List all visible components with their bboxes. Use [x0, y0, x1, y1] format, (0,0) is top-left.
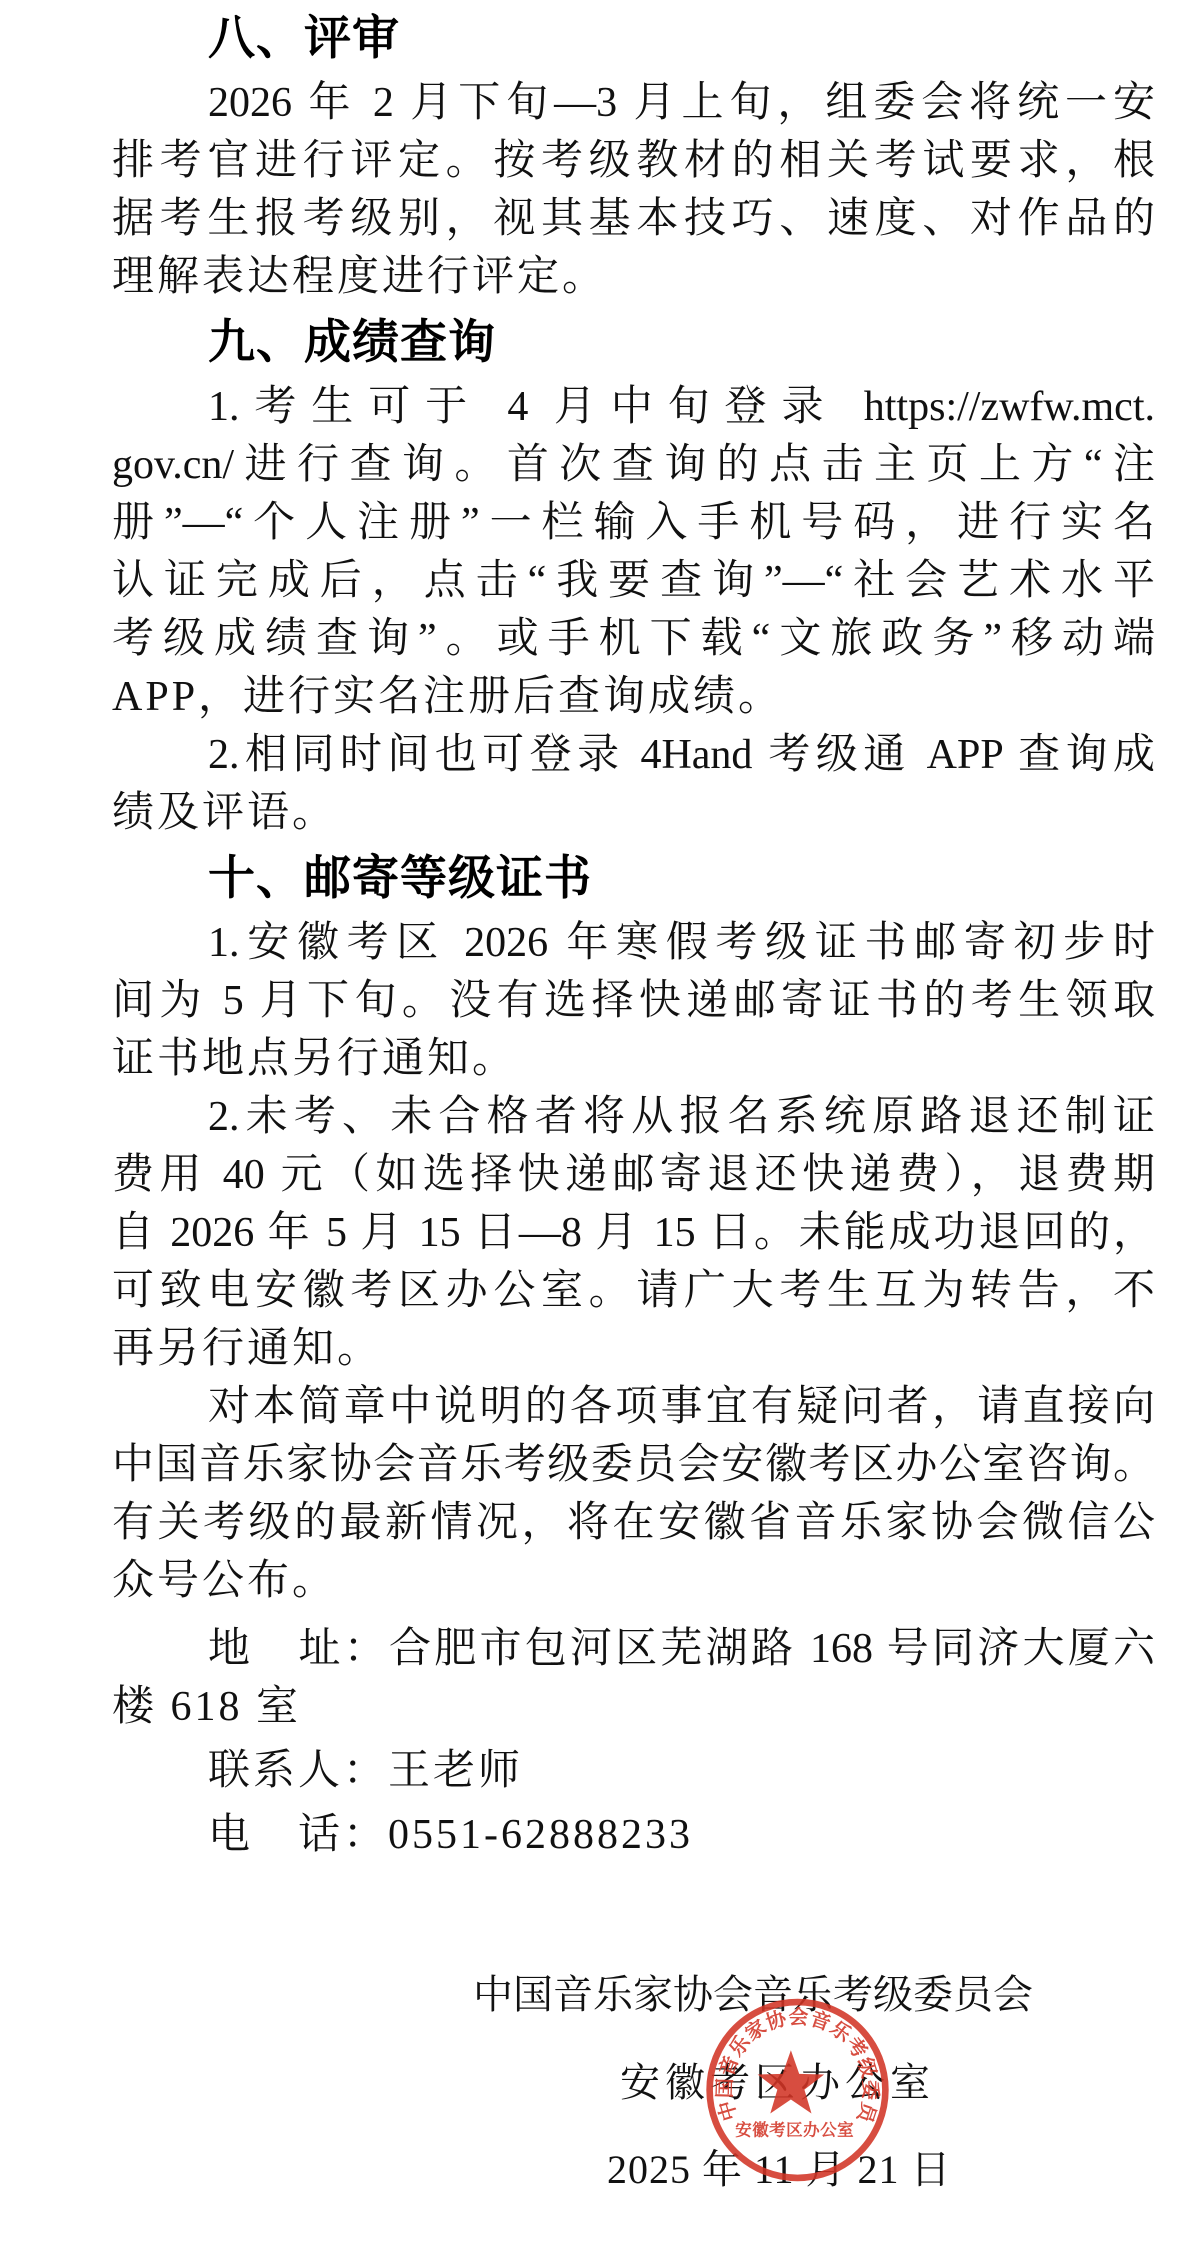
address-line: 地 址：合肥市包河区芜湖路 168 号同济大厦六 [112, 1620, 1155, 1678]
contact-line: 联系人：王老师 [112, 1742, 1155, 1800]
body-line: 众号公布。 [112, 1552, 1155, 1610]
star-icon [758, 2050, 825, 2113]
body-line: 排考官进行评定。按考级教材的相关考试要求，根 [112, 132, 1155, 190]
body-line: 中国音乐家协会音乐考级委员会安徽考区办公室咨询。 [112, 1436, 1155, 1494]
body-line: 证书地点另行通知。 [112, 1030, 1155, 1088]
body-line: 可致电安徽考区办公室。请广大考生互为转告，不 [112, 1262, 1155, 1320]
document-page: 八、评审 2026 年 2 月下旬—3 月上旬，组委会将统一安 排考官进行评定。… [0, 0, 1200, 1864]
section-heading: 九、成绩查询 [208, 312, 1155, 374]
body-line: gov.cn/进行查询。首次查询的点击主页上方“注 [112, 436, 1155, 494]
body-line: 有关考级的最新情况，将在安徽省音乐家协会微信公 [112, 1494, 1155, 1552]
signature-block: 中国音乐家协会音乐考级委员会 安徽考区办公室 2025 年 11 月 21 日 … [0, 1975, 1200, 2262]
section-heading: 八、评审 [208, 8, 1155, 70]
body-line: 2026 年 2 月下旬—3 月上旬，组委会将统一安 [112, 74, 1155, 132]
body-line: 绩及评语。 [112, 784, 1155, 842]
body-line: 1.考生可于 4 月中旬登录 https://zwfw.mct. [112, 378, 1155, 436]
address-line: 楼 618 室 [112, 1678, 1155, 1736]
body-line: 再另行通知。 [112, 1320, 1155, 1378]
body-line: 间为 5 月下旬。没有选择快递邮寄证书的考生领取 [112, 972, 1155, 1030]
body-line: 理解表达程度进行评定。 [112, 248, 1155, 306]
body-line: 据考生报考级别，视其基本技巧、速度、对作品的 [112, 190, 1155, 248]
body-line: 1.安徽考区 2026 年寒假考级证书邮寄初步时 [112, 914, 1155, 972]
body-line: 自 2026 年 5 月 15 日—8 月 15 日。未能成功退回的， [112, 1204, 1155, 1262]
body-line: APP，进行实名注册后查询成绩。 [112, 668, 1155, 726]
phone-line: 电 话：0551-62888233 [112, 1806, 1155, 1864]
body-line: 册”—“个人注册”一栏输入手机号码，进行实名 [112, 494, 1155, 552]
section-heading: 十、邮寄等级证书 [208, 848, 1155, 910]
body-line: 2.相同时间也可登录 4Hand 考级通 APP 查询成 [112, 726, 1155, 784]
body-line: 对本简章中说明的各项事宜有疑问者，请直接向 [112, 1378, 1155, 1436]
seal-office-text: 安徽考区办公室 [735, 2119, 854, 2139]
official-seal: 中国音乐家协会音乐考级委员会 安徽考区办公室 [703, 1995, 892, 2185]
body-line: 费用 40 元（如选择快递邮寄退还快递费），退费期 [112, 1146, 1155, 1204]
body-line: 2.未考、未合格者将从报名系统原路退还制证 [112, 1088, 1155, 1146]
body-line: 考级成绩查询”。或手机下载“文旅政务”移动端 [112, 610, 1155, 668]
body-line: 认证完成后，点击“我要查询”—“社会艺术水平 [112, 552, 1155, 610]
